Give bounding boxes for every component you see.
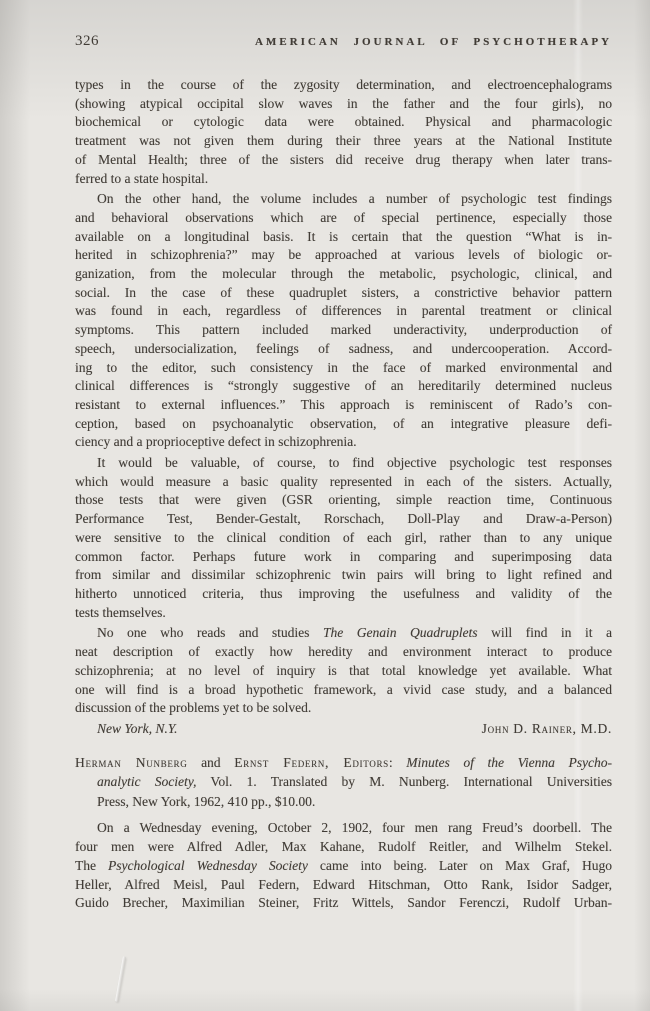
text-line: ganization, from the molecular through t… (75, 265, 612, 284)
text-line: treatment was not given them during thei… (75, 132, 612, 151)
review-paragraph: On the other hand, the volume includes a… (75, 190, 612, 452)
review-signoff: New York, N.Y.John D. Rainer, M.D. (75, 720, 612, 739)
smallcaps-text: John D. Rainer, M.D. (482, 721, 612, 736)
text-line: schizophrenia; at no level of inquiry is… (75, 662, 612, 681)
text-line: symptoms. This pattern included marked u… (75, 321, 612, 340)
text-line: ing to the editor, such consistency in t… (75, 359, 612, 378)
italic-text: The Genain Quadruplets (323, 625, 478, 640)
text-line: were sensitive to the clinical condition… (75, 529, 612, 548)
running-header: 326 AMERICAN JOURNAL OF PSYCHOTHERAPY (75, 33, 612, 50)
text-line: which would measure a basic quality repr… (75, 473, 612, 492)
text-line: common factor. Perhaps future work in co… (75, 548, 612, 567)
text-line: social. In the case of these quadruplet … (75, 284, 612, 303)
text-segment: Press, New York, 1962, 410 pp., $10.00. (97, 794, 315, 809)
text-line: and behavioral observations which are of… (75, 209, 612, 228)
page-number: 326 (75, 33, 99, 50)
scan-crease-mark (115, 956, 126, 1002)
text-line: ferred to a state hospital. (75, 170, 612, 189)
text-line: (showing atypical occipital slow waves i… (75, 95, 612, 114)
page-body: types in the course of the zygosity dete… (75, 76, 612, 913)
text-line: one will find is a broad hypothetic fram… (75, 681, 612, 700)
scanned-journal-page: 326 AMERICAN JOURNAL OF PSYCHOTHERAPY ty… (0, 0, 650, 1011)
text-line: herited in schizophrenia?” may be approa… (75, 246, 612, 265)
text-line: The Psychological Wednesday Society came… (75, 857, 612, 876)
text-line: It would be valuable, of course, to find… (75, 454, 612, 473)
text-line: neat description of exactly how heredity… (75, 643, 612, 662)
smallcaps-text: Ernst Federn, Editors (234, 755, 389, 770)
text-line: clinical differences is “strongly sugges… (75, 377, 612, 396)
text-line: discussion of the problems yet to be sol… (75, 699, 612, 718)
smallcaps-text: Herman Nunberg (75, 755, 187, 770)
text-line: those tests that were given (GSR orienti… (75, 491, 612, 510)
text-segment: The (75, 858, 108, 873)
text-line: ception, based on psychoanalytic observa… (75, 415, 612, 434)
italic-text: Psychological Wednesday Society (108, 858, 308, 873)
text-line: was found in each, regardless of differe… (75, 302, 612, 321)
review-paragraph: It would be valuable, of course, to find… (75, 454, 612, 622)
text-line: On the other hand, the volume includes a… (75, 190, 612, 209)
text-line: biochemical or cytologic data were obtai… (75, 113, 612, 132)
text-line: New York, N.Y.John D. Rainer, M.D. (75, 720, 612, 739)
text-line: four men were Alfred Adler, Max Kahane, … (75, 838, 612, 857)
reviewer-location: New York, N.Y. (97, 720, 177, 739)
text-line: of Mental Health; three of the sisters d… (75, 151, 612, 170)
italic-text: New York, N.Y. (97, 721, 177, 736)
text-line: On a Wednesday evening, October 2, 1902,… (75, 819, 612, 838)
text-line: analytic Society, Vol. 1. Translated by … (75, 772, 612, 792)
text-line: Heller, Alfred Meisl, Paul Federn, Edwar… (75, 876, 612, 895)
journal-title: AMERICAN JOURNAL OF PSYCHOTHERAPY (255, 36, 612, 48)
text-line: from similar and dissimilar schizophreni… (75, 566, 612, 585)
text-line: Guido Brecher, Maximilian Steiner, Fritz… (75, 894, 612, 913)
book-reference: Herman Nunberg and Ernst Federn, Editors… (75, 753, 612, 812)
text-segment: and (187, 755, 234, 770)
text-line: Press, New York, 1962, 410 pp., $10.00. (75, 792, 612, 812)
text-line: ciency and a proprioceptive defect in sc… (75, 433, 612, 452)
text-line: Herman Nunberg and Ernst Federn, Editors… (75, 753, 612, 773)
text-segment: came into being. Later on Max Graf, Hugo (308, 858, 612, 873)
reviewer-name: John D. Rainer, M.D. (482, 720, 612, 739)
review-paragraph: On a Wednesday evening, October 2, 1902,… (75, 819, 612, 913)
text-line: available on a longitudinal basis. It is… (75, 228, 612, 247)
text-line: No one who reads and studies The Genain … (75, 624, 612, 643)
text-line: speech, undersocialization, feelings of … (75, 340, 612, 359)
review-paragraph: No one who reads and studies The Genain … (75, 624, 612, 718)
text-line: Performance Test, Bender-Gestalt, Rorsch… (75, 510, 612, 529)
text-segment: will find in it a (478, 625, 612, 640)
text-segment: Vol. 1. Translated by M. Nunberg. Intern… (196, 774, 612, 789)
text-line: tests themselves. (75, 604, 612, 623)
text-line: resistant to external influences.” This … (75, 396, 612, 415)
text-segment: : (389, 755, 406, 770)
text-segment: No one who reads and studies (97, 625, 323, 640)
review-paragraph: types in the course of the zygosity dete… (75, 76, 612, 188)
italic-text: analytic Society, (97, 774, 196, 789)
italic-text: Minutes of the Vienna Psycho- (406, 755, 612, 770)
text-line: types in the course of the zygosity dete… (75, 76, 612, 95)
text-line: hitherto unnoticed criteria, thus improv… (75, 585, 612, 604)
